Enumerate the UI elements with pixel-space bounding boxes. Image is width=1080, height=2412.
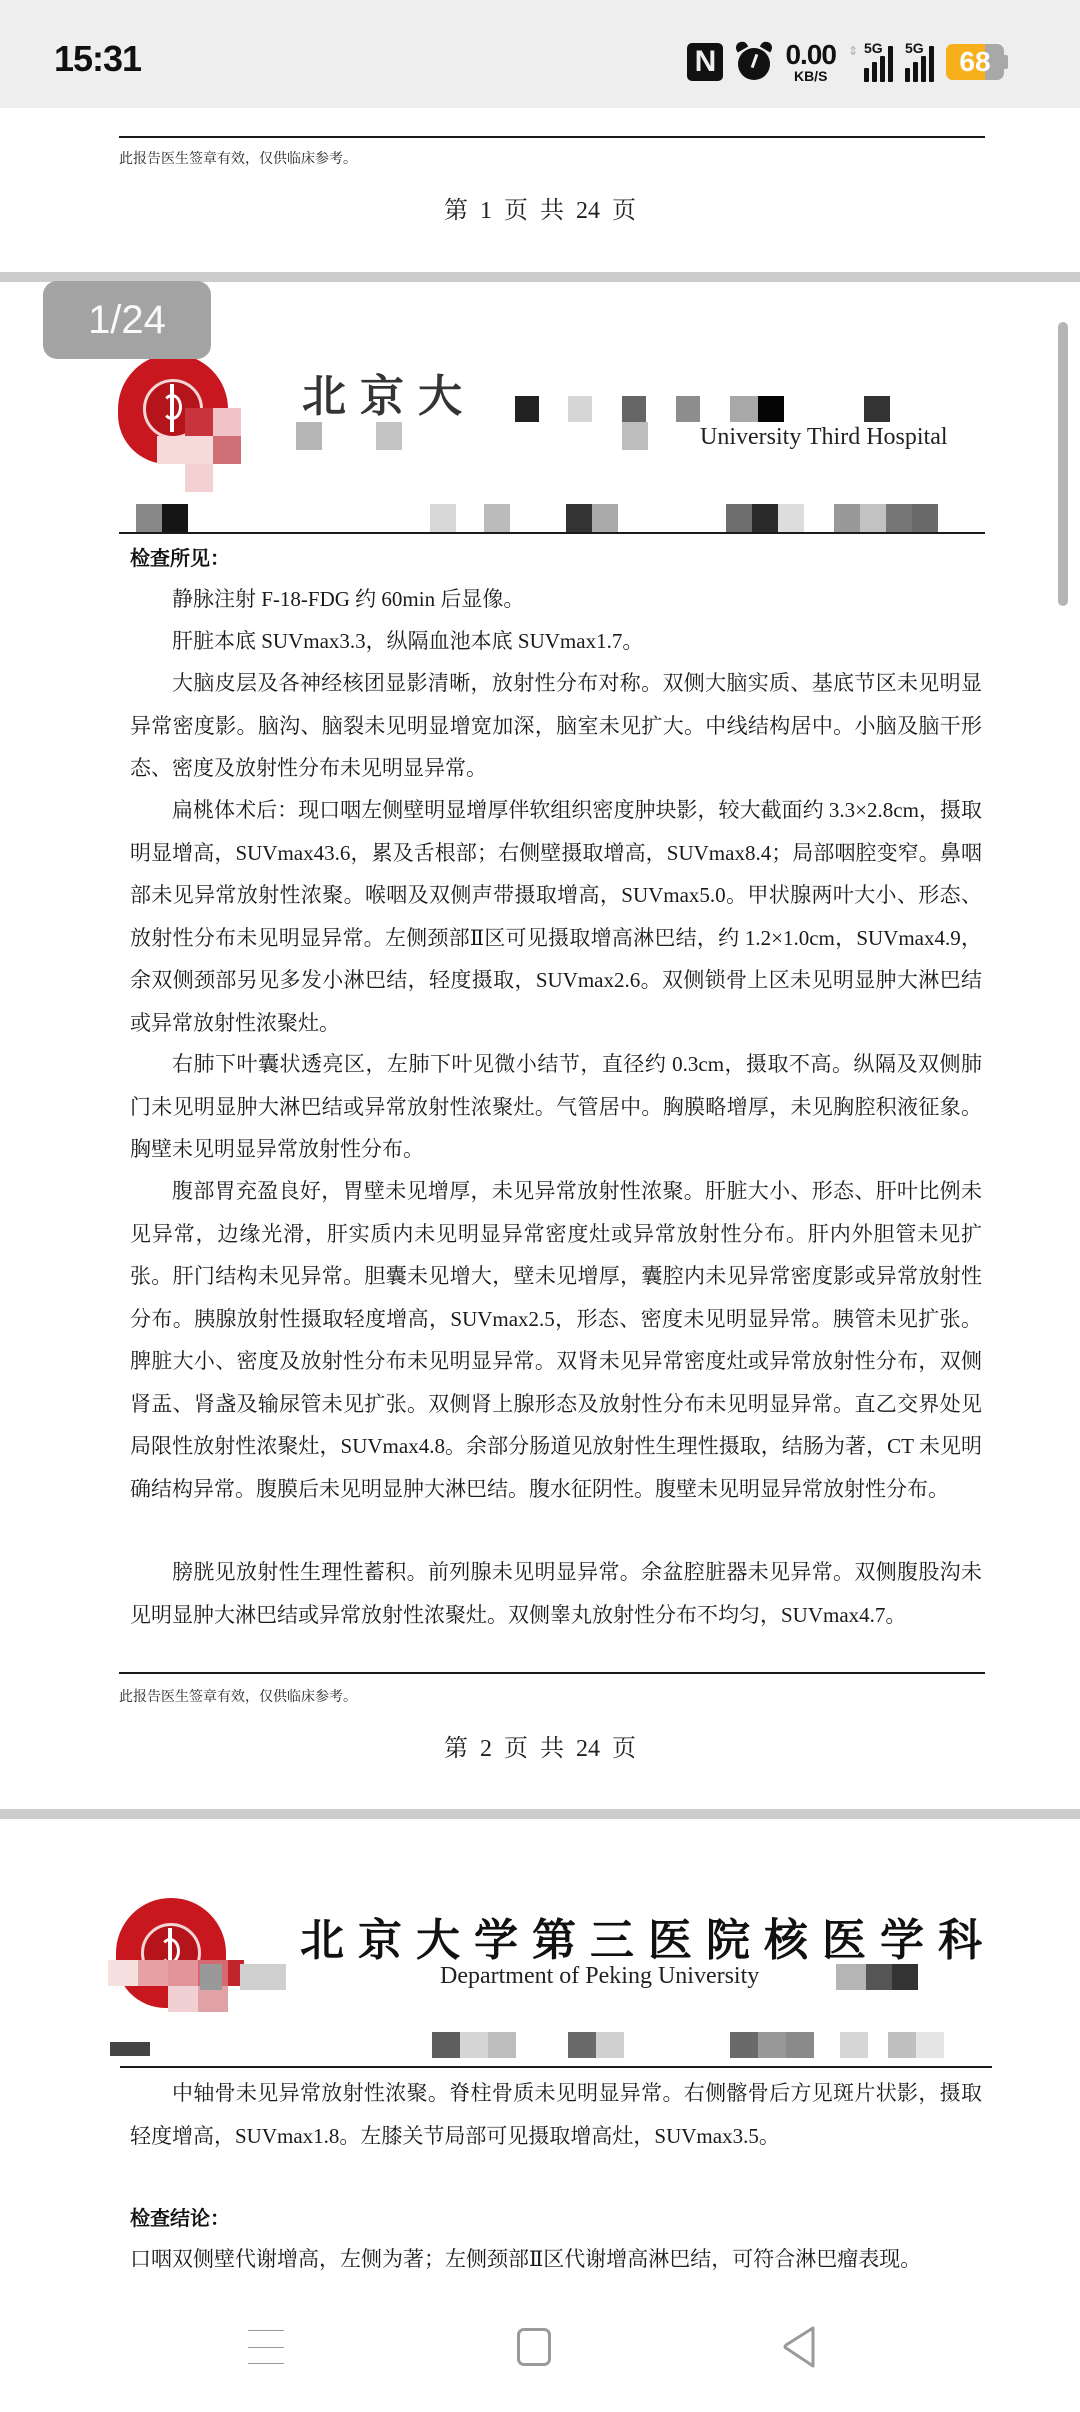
conclusion-heading: 检查结论： [130, 2202, 230, 2231]
header-rule [120, 2066, 992, 2068]
redaction-mosaic [622, 422, 648, 450]
navigation-bar [0, 2292, 1080, 2412]
redaction-mosaic [758, 2032, 786, 2058]
page2-disclaimer: 此报告医生签章有效，仅供临床参考。 [119, 1686, 357, 1706]
finding-paragraph: 扁桃体术后：现口咽左侧壁明显增厚伴软组织密度肿块影，较大截面约 3.3×2.8c… [130, 789, 982, 1044]
redaction-mosaic [912, 504, 938, 532]
department-title: 北京大学第三医院核医学科 [300, 1904, 996, 1968]
redaction-mosaic [213, 436, 241, 464]
findings-heading: 检查所见： [130, 542, 230, 571]
sim1-network-type: 5G [864, 40, 883, 56]
redaction-mosaic [200, 1964, 222, 1990]
redaction-mosaic [157, 436, 213, 464]
redaction-mosaic [488, 2032, 516, 2058]
redaction-mosaic [240, 1964, 286, 1990]
header-rule [119, 532, 985, 534]
network-speed: 0.00 KB/S [785, 41, 836, 83]
network-speed-unit: KB/S [794, 69, 827, 83]
battery-level: 68 [946, 44, 1004, 80]
redaction-mosaic [568, 396, 592, 422]
status-time: 15:31 [54, 38, 141, 80]
redaction-mosaic [860, 504, 886, 532]
redaction-mosaic [136, 504, 162, 532]
redaction-mosaic [162, 504, 188, 532]
redaction-mosaic [730, 396, 758, 422]
page1-disclaimer: 此报告医生签章有效，仅供临床参考。 [119, 148, 357, 168]
redaction-mosaic [185, 464, 213, 492]
network-speed-value: 0.00 [785, 41, 836, 69]
redaction-mosaic [430, 504, 456, 532]
redaction-mosaic [892, 1964, 918, 1990]
redaction-mosaic [836, 1964, 866, 1990]
redaction-mosaic [568, 2032, 596, 2058]
sim2-network-type: 5G [905, 40, 924, 56]
redaction-mosaic [758, 396, 784, 422]
scrollbar[interactable] [1058, 322, 1068, 606]
hospital-title: 北京大 [302, 360, 476, 424]
document-viewer[interactable]: 此报告医生签章有效，仅供临床参考。 第 1 页 共 24 页 1/24 北京大 … [0, 108, 1080, 2292]
redaction-mosaic [432, 2032, 460, 2058]
back-button[interactable] [770, 2322, 830, 2372]
redaction-mosaic [296, 422, 322, 450]
redaction-mosaic [213, 408, 241, 436]
redaction-mosaic [866, 1964, 892, 1990]
redaction-mosaic [888, 2032, 916, 2058]
redaction-mosaic [752, 504, 778, 532]
redaction-mosaic [916, 2032, 944, 2058]
hospital-subtitle: University Third Hospital [700, 424, 948, 451]
page-indicator: 1/24 [43, 281, 211, 359]
page1-number: 第 1 页 共 24 页 [0, 190, 1080, 225]
redaction-mosaic [108, 1960, 138, 1986]
footer-rule [119, 1672, 985, 1674]
redaction-mosaic [596, 2032, 624, 2058]
back-icon [780, 2325, 820, 2369]
redaction-mosaic [515, 396, 539, 422]
status-bar: 15:31 N 0.00 KB/S ⇕ 5G 5G 68 [0, 0, 1080, 108]
battery-icon: 68 [946, 44, 1008, 80]
redaction-mosaic [168, 1986, 198, 2012]
conclusion-text: 口咽双侧壁代谢增高，左侧为著；左侧颈部Ⅱ区代谢增高淋巴结，可符合淋巴瘤表现。 [130, 2238, 982, 2281]
redaction-mosaic [786, 2032, 814, 2058]
redaction-mosaic [566, 504, 592, 532]
redaction-mosaic [110, 2042, 150, 2056]
data-arrows-icon: ⇕ [848, 44, 858, 58]
signal-icon: 5G [864, 42, 893, 82]
status-icons: N 0.00 KB/S ⇕ 5G 5G 68 [687, 40, 1008, 84]
home-icon [517, 2328, 551, 2366]
footer-rule [119, 136, 985, 138]
redaction-mosaic [376, 422, 402, 450]
redaction-mosaic [168, 1960, 198, 1986]
redaction-mosaic [676, 396, 700, 422]
redaction-mosaic [864, 396, 890, 422]
redaction-mosaic [778, 504, 804, 532]
home-button[interactable] [504, 2322, 564, 2372]
nfc-icon: N [687, 43, 723, 81]
finding-paragraph: 中轴骨未见异常放射性浓聚。脊柱骨质未见明显异常。右侧髂骨后方见斑片状影，摄取轻度… [130, 2072, 982, 2157]
redaction-mosaic [726, 504, 752, 532]
redaction-mosaic [730, 2032, 758, 2058]
redaction-mosaic [185, 408, 213, 436]
redaction-mosaic [138, 1960, 168, 1986]
finding-paragraph: 腹部胃充盈良好，胃壁未见增厚，未见异常放射性浓聚。肝脏大小、形态、肝叶比例未见异… [130, 1170, 982, 1510]
signal-icon: 5G [905, 42, 934, 82]
department-subtitle: Department of Peking University [440, 1963, 759, 1990]
finding-paragraph: 静脉注射 F-18-FDG 约 60min 后显像。 [130, 578, 982, 621]
redaction-mosaic [592, 504, 618, 532]
redaction-mosaic [886, 504, 912, 532]
page-separator [0, 1809, 1080, 1819]
menu-icon[interactable] [236, 2322, 296, 2372]
page2-number: 第 2 页 共 24 页 [0, 1728, 1080, 1763]
finding-paragraph: 右肺下叶囊状透亮区，左肺下叶见微小结节，直径约 0.3cm，摄取不高。纵隔及双侧… [130, 1043, 982, 1171]
redaction-mosaic [840, 2032, 868, 2058]
redaction-mosaic [460, 2032, 488, 2058]
alarm-icon [735, 42, 773, 82]
finding-paragraph: 大脑皮层及各神经核团显影清晰，放射性分布对称。双侧大脑实质、基底节区未见明显异常… [130, 662, 982, 790]
redaction-mosaic [622, 396, 646, 422]
redaction-mosaic [834, 504, 860, 532]
redaction-mosaic [484, 504, 510, 532]
finding-paragraph: 肝脏本底 SUVmax3.3，纵隔血池本底 SUVmax1.7。 [130, 620, 982, 663]
finding-paragraph: 膀胱见放射性生理性蓄积。前列腺未见明显异常。余盆腔脏器未见异常。双侧腹股沟未见明… [130, 1551, 982, 1636]
